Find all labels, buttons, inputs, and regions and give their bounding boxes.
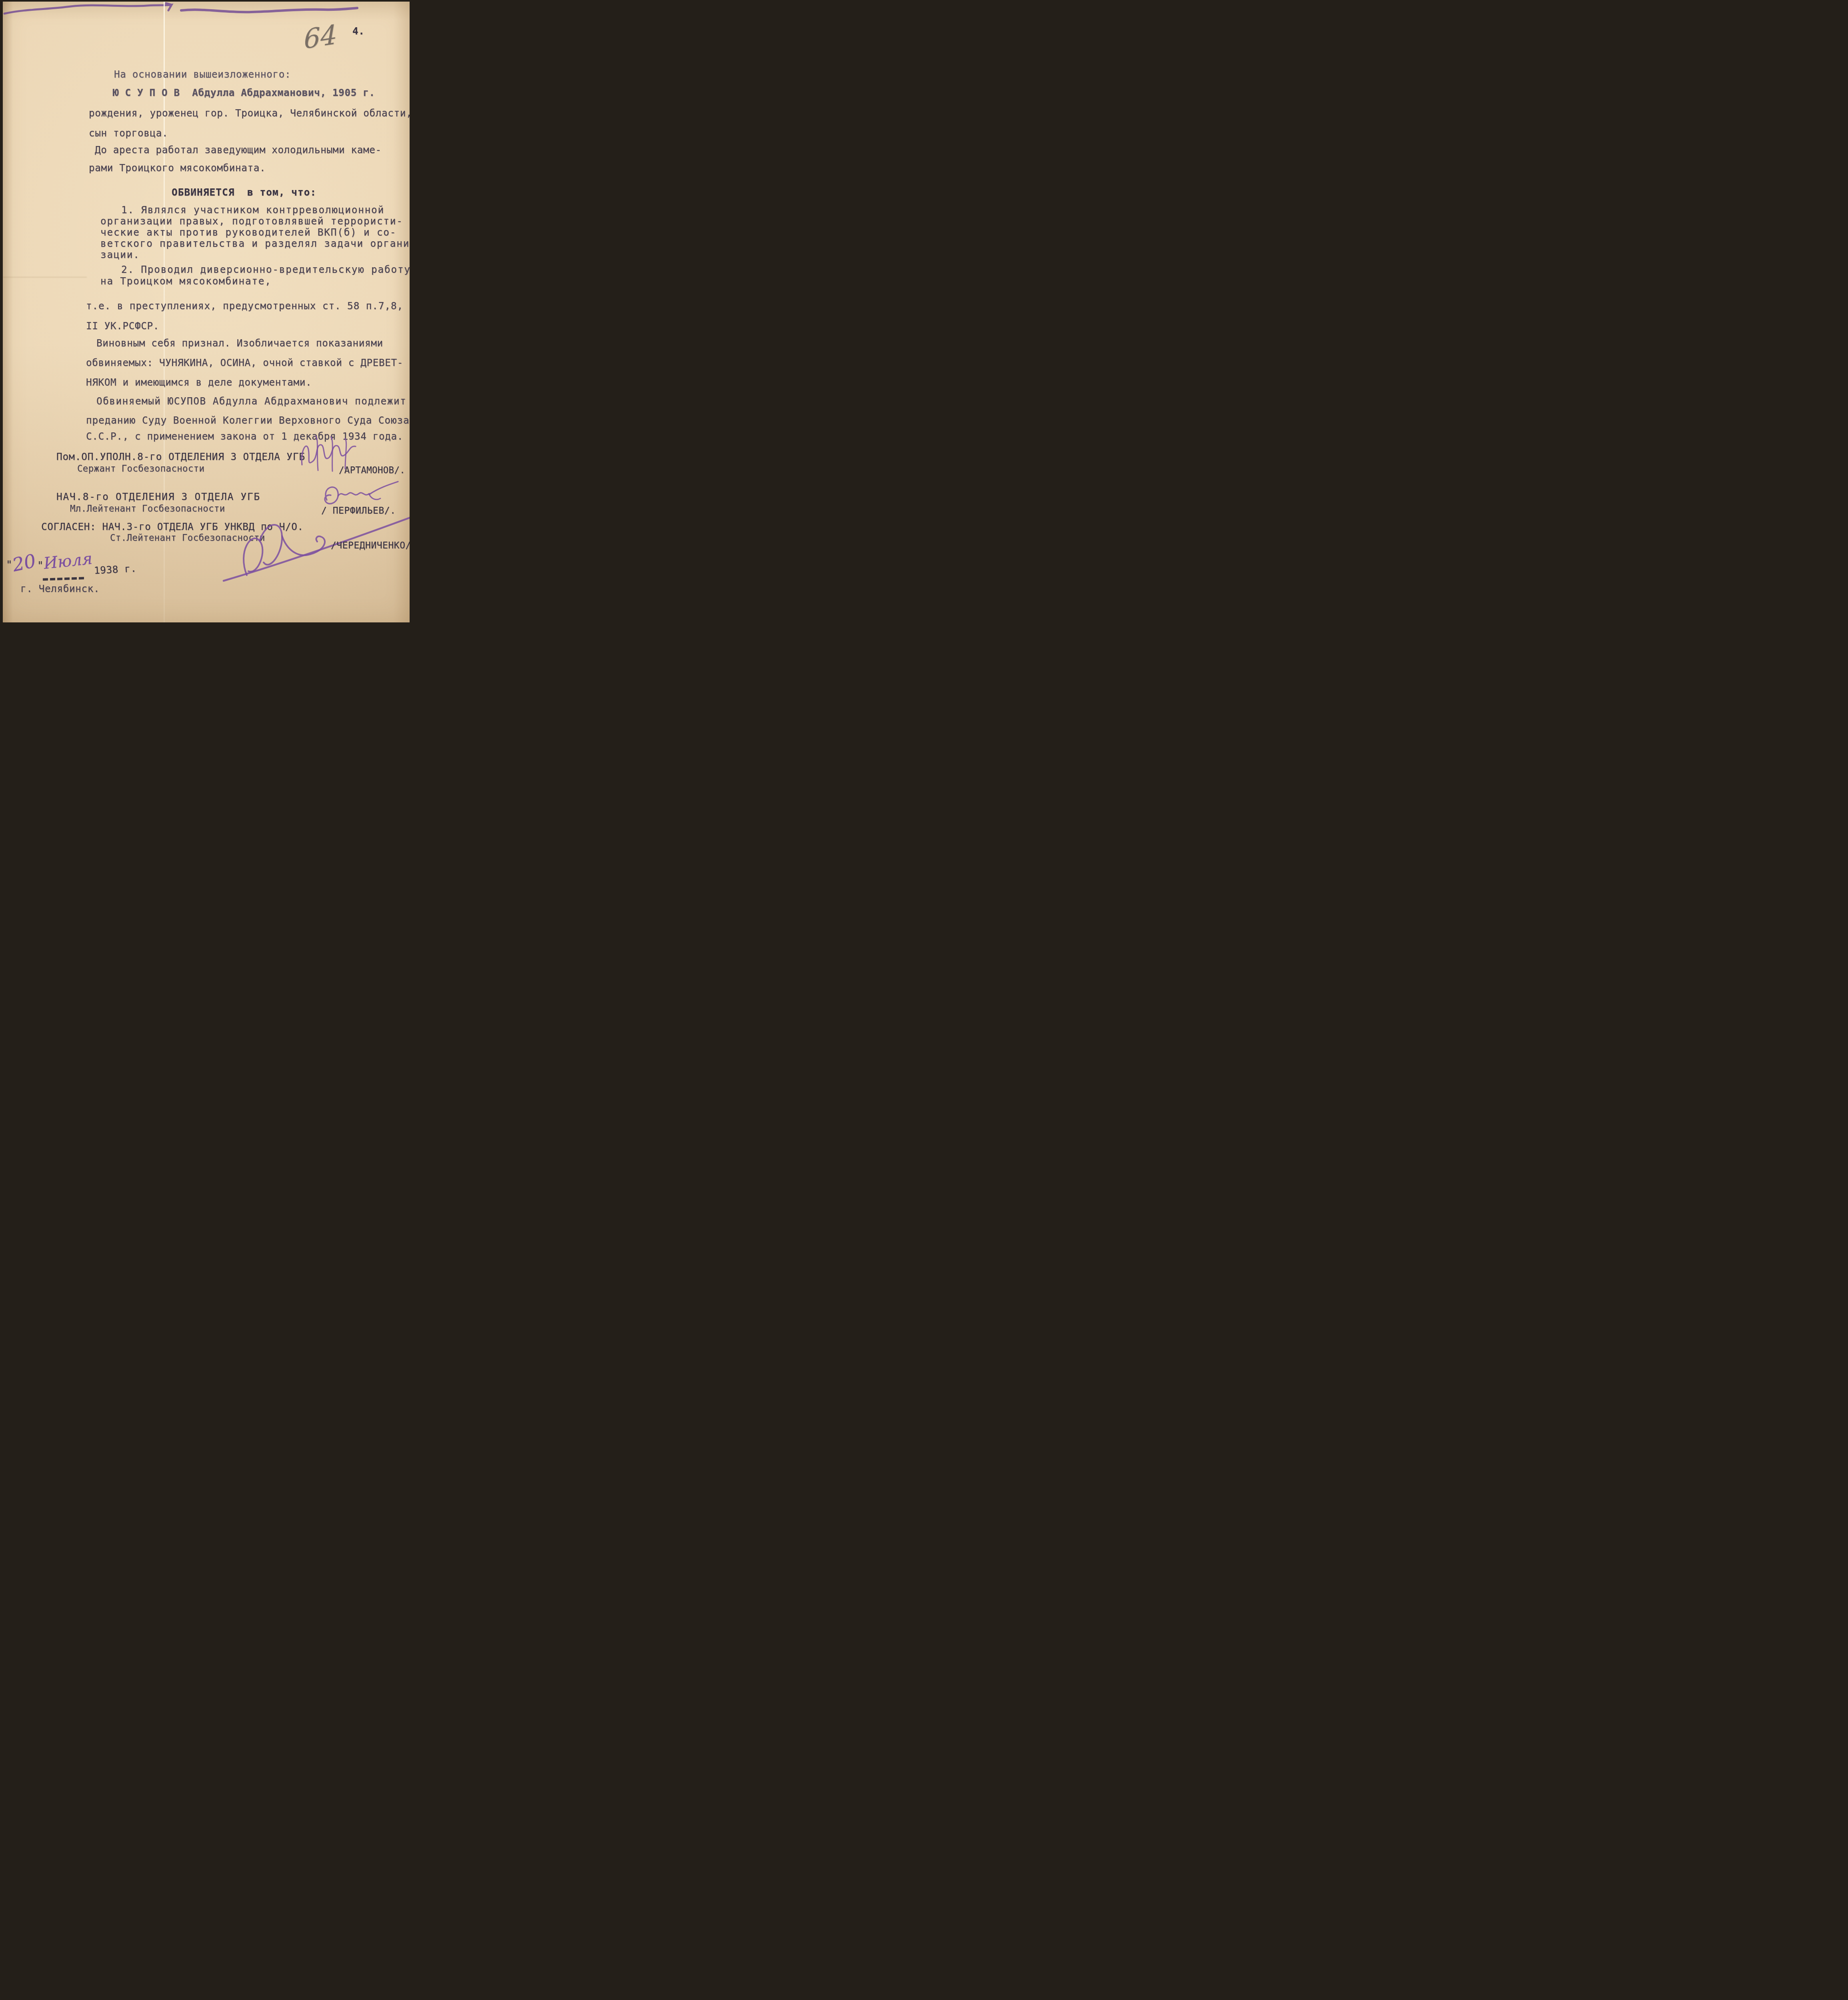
signoff2-name: / ПЕРФИЛЬЕВ/. (321, 506, 396, 516)
date-close-quote: " (37, 561, 44, 571)
job-line-2: рами Троицкого мясокомбината. (89, 163, 266, 173)
signoff1-title-line-2: Сержант Госбезопасности (77, 464, 204, 474)
charge2-line-1: 2. Проводил диверсионно-вредительскую ра… (121, 265, 410, 275)
confession-line-1: Виновным себя признал. Изобличается пока… (96, 338, 383, 348)
charge1-line-4: ветского правительства и разделял задачи… (100, 239, 410, 249)
intro-line: На основании вышеизложенного: (114, 70, 291, 80)
signoff2-title-line-1: НАЧ.8-го ОТДЕЛЕНИЯ 3 ОТДЕЛА УГБ (56, 492, 260, 502)
charge1-line-1: 1. Являлся участником контрреволюционной (121, 205, 384, 215)
charge2-line-2: на Троицком мясокомбинате, (100, 276, 272, 286)
pencil-folio-number: 64 (304, 19, 337, 55)
verdict-line-1: Обвиняемый ЮСУПОВ Абдулла Абдрахманович … (96, 396, 406, 406)
handwritten-month: Июля (43, 550, 93, 573)
charge1-line-3: ческие акты против руководителей ВКП(б) … (100, 228, 396, 238)
date-year: 1938 г. (94, 564, 137, 576)
ink-underline-job-2 (180, 6, 360, 16)
signoff1-title-line-1: Пом.ОП.УПОЛН.8-го ОТДЕЛЕНИЯ 3 ОТДЕЛА УГБ (56, 452, 305, 462)
city-line: г. Челябинск. (20, 584, 100, 594)
handwritten-day: 20 (10, 550, 38, 576)
qualification-line-2: II УК.РСФСР. (86, 321, 159, 331)
document-scan: 64 4. На основании вышеизложенного: Ю С … (0, 0, 410, 622)
charge1-line-2: организации правых, подготовлявшей терро… (100, 216, 403, 226)
charge1-line-5: зации. (100, 250, 140, 260)
page-number: 4. (352, 26, 365, 36)
signoff1-name: /АРТАМОНОВ/. (339, 466, 405, 475)
verdict-line-2: преданию Суду Военной Колеггии Верховног… (86, 416, 410, 426)
typed-dash-line (43, 577, 85, 581)
confession-line-3: НЯКОМ и имеющимся в деле документами. (86, 378, 312, 388)
paper-sheet: 64 4. На основании вышеизложенного: Ю С … (3, 2, 410, 622)
horizontal-fold-crease (3, 277, 87, 278)
signoff2-title-line-2: Мл.Лейтенант Госбезопасности (70, 504, 225, 514)
approval-name: /ЧЕРЕДНИЧЕНКО/ (331, 541, 410, 550)
origin-line: сын торговца. (89, 128, 168, 138)
job-line-1: До ареста работал заведующим холодильным… (95, 145, 382, 155)
accused-name-line: Ю С У П О В Абдулла Абдрахманович, 1905 … (113, 88, 375, 98)
qualification-line-1: т.е. в преступлениях, предусмотренных ст… (86, 301, 403, 311)
birth-line: рождения, уроженец гор. Троицка, Челябин… (89, 108, 410, 118)
ink-underline-job-1 (3, 2, 176, 16)
confession-line-2: обвиняемых: ЧУНЯКИНА, ОСИНА, очной ставк… (86, 358, 403, 368)
accused-heading: ОБВИНЯЕТСЯ в том, что: (172, 188, 316, 198)
